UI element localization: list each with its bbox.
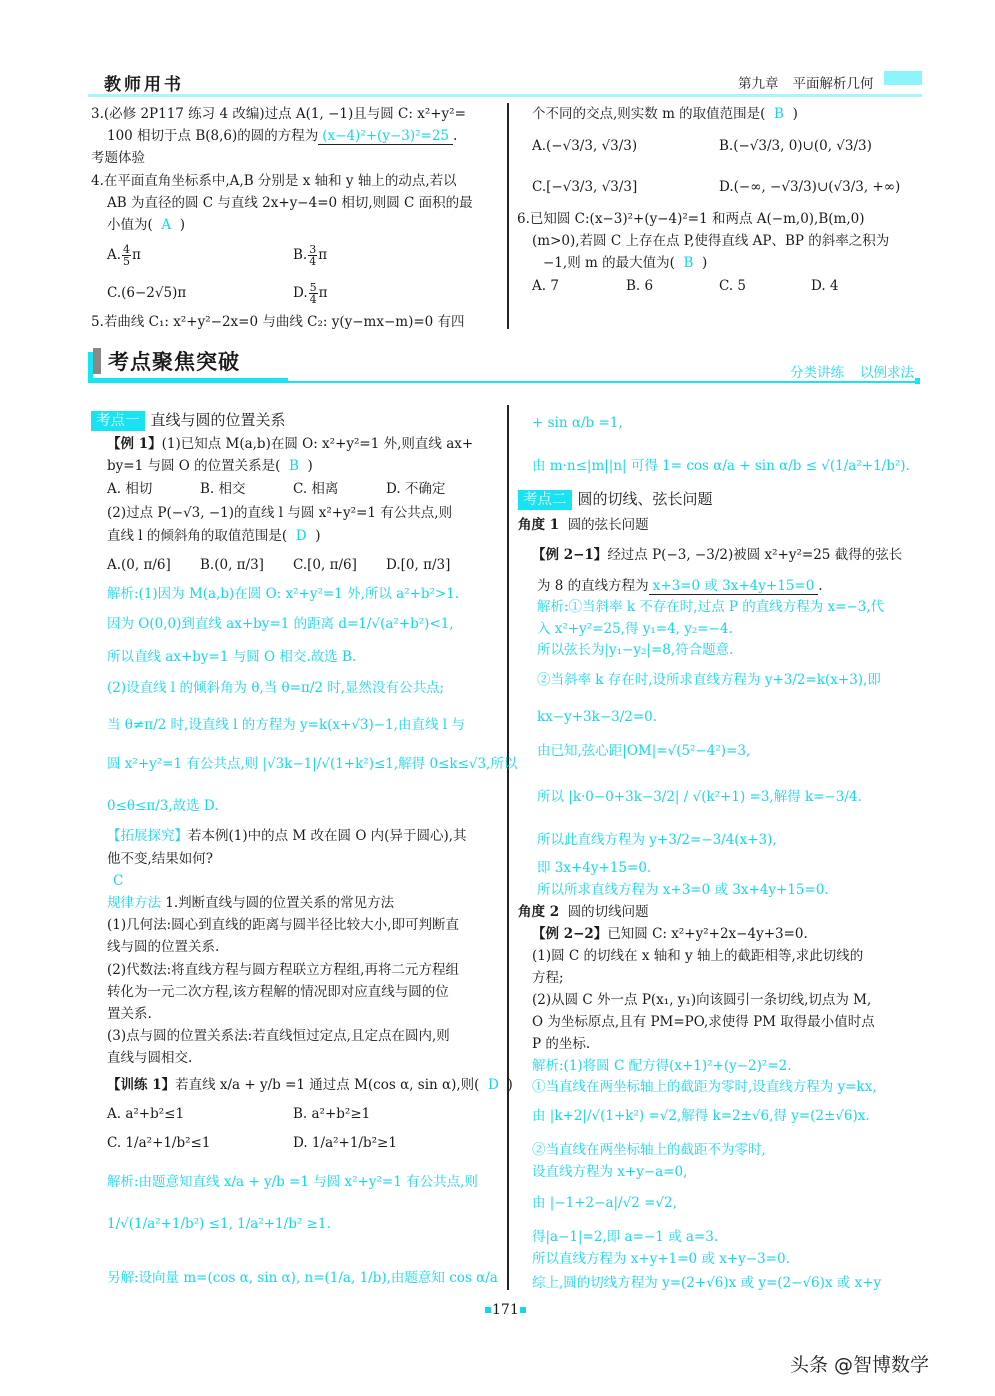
banner-underline-thin	[288, 381, 918, 383]
q4-option-d: D.54π	[293, 282, 328, 305]
train-line1: 【训练 1】若直线 x/a + y/b =1 通过点 M(cos α, sin …	[107, 1075, 513, 1095]
train-opt-c: C. 1/a²+1/b²≤1	[107, 1133, 210, 1153]
banner-underline-thick	[88, 378, 288, 383]
sol22-line9: 综上,圆的切线方程为 y=(2+√6)x 或 y=(2−√6)x 或 x+y	[532, 1273, 881, 1293]
train-sol-line3: 另解:设向量 m=(cos α, sin α), n=(1/a, 1/b),由题…	[107, 1268, 498, 1288]
ex1-opt-c: C. 相离	[293, 479, 338, 499]
q5-line2: 个不同的交点,则实数 m 的取值范围是( B )	[532, 104, 798, 124]
sol21-line7: 所以 |k·0−0+3k−3/2| / √(k²+1) =3,解得 k=−3/4…	[537, 787, 862, 807]
q6-option-a: A. 7	[532, 276, 559, 296]
header-divider	[88, 94, 922, 97]
page-marker-right	[520, 1307, 526, 1313]
sol1-line2: 因为 O(0,0)到直线 ax+by=1 的距离 d=1/√(a²+b²)<1,	[107, 614, 454, 634]
q4-line1: 4.在平面直角坐标系中,A,B 分别是 x 轴和 y 轴上的动点,若以	[91, 171, 457, 191]
topic1-title: 直线与圆的位置关系	[151, 411, 286, 429]
section-banner-title: 考点聚焦突破	[108, 346, 240, 376]
method-line1: (1)几何法:圆心到直线的距离与圆半径比较大小,即可判断直	[107, 915, 459, 935]
header-accent-block	[884, 71, 922, 85]
method-line4: 转化为一元二次方程,该方程解的情况即对应直线与圆的位	[107, 982, 449, 1002]
ext-answer: C	[113, 871, 123, 891]
sol21-line8: 所以此直线方程为 y+3/2=−3/4(x+3),	[537, 830, 777, 850]
ex1-line1: 【例 1】(1)已知点 M(a,b)在圆 O: x²+y²=1 外,则直线 ax…	[107, 434, 473, 454]
ex21-answer: x+3=0 或 3x+4y+15=0	[649, 578, 819, 595]
sol21-line3: 所以弦长为|y₁−y₂|=8,符合题意.	[537, 640, 733, 660]
topic1-heading: 考点一直线与圆的位置关系	[91, 410, 286, 431]
angle1-heading: 角度 1 圆的弦长问题	[518, 515, 649, 535]
ext-line2: 他不变,结果如何?	[107, 849, 213, 869]
watermark: 头条 @智博数学	[790, 1350, 929, 1377]
ex1-line2: by=1 与圆 O 的位置关系是( B )	[107, 456, 313, 476]
ex22-line2: (1)圆 C 的切线在 x 轴和 y 轴上的截距相等,求此切线的	[532, 946, 863, 966]
method-line2: 线与圆的位置关系.	[107, 937, 219, 957]
sol21-line9: 即 3x+4y+15=0.	[537, 858, 651, 878]
book-label: 教师用书	[104, 70, 184, 95]
q6-line2: (m>0),若圆 C 上存在点 P,使得直线 AP、BP 的斜率之积为	[532, 231, 889, 251]
ex1-answer1: B	[289, 458, 299, 474]
ex22-line6: P 的坐标.	[532, 1034, 590, 1054]
ex1-line4: (2)过点 P(−√3, −1)的直线 l 与圆 x²+y²=1 有公共点,则	[107, 503, 452, 523]
sol22-line8: 所以直线方程为 x+y+1=0 或 x+y−3=0.	[532, 1249, 790, 1269]
q6-option-c: C. 5	[719, 276, 746, 296]
q6-answer: B	[683, 255, 693, 271]
ex1-answer2: D	[296, 528, 307, 544]
chapter-header: 第九章平面解析几何	[738, 72, 874, 92]
angle2-heading: 角度 2 圆的切线问题	[518, 902, 649, 922]
ex1-opt-b: B. 相交	[200, 479, 246, 499]
q6-line1: 6.已知圆 C:(x−3)²+(y−4)²=1 和两点 A(−m,0),B(m,…	[517, 209, 864, 229]
train-opt-a: A. a²+b²≤1	[107, 1104, 184, 1124]
topic2-title: 圆的切线、弦长问题	[578, 490, 713, 508]
q5-option-b: B.(−√3/3, 0)∪(0, √3/3)	[719, 136, 872, 156]
topic2-heading: 考点二圆的切线、弦长问题	[518, 489, 713, 510]
topic2-tag: 考点二	[518, 490, 572, 510]
q5-option-c: C.[−√3/3, √3/3]	[532, 177, 637, 197]
ext-label: 【拓展探究】	[107, 828, 188, 844]
column-divider-top	[507, 103, 509, 329]
method-heading: 规律方法 1.判断直线与圆的位置关系的常见方法	[107, 893, 394, 913]
method-line5: 置关系.	[107, 1004, 152, 1024]
ex1-opt2-c: C.[0, π/6]	[293, 555, 357, 575]
ex1-opt2-b: B.(0, π/3]	[200, 555, 264, 575]
banner-marker	[93, 348, 101, 374]
q5-option-d: D.(−∞, −√3/3)∪(√3/3, +∞)	[719, 177, 900, 197]
train-opt-b: B. a²+b²≥1	[293, 1104, 370, 1124]
sol21-line2: 入 x²+y²=25,得 y₁=4, y₂=−4.	[537, 619, 733, 639]
method-line3: (2)代数法:将直线方程与圆方程联立方程组,再将二元方程组	[107, 960, 459, 980]
train-sol-line1: 解析:由题意知直线 x/a + y/b =1 与圆 x²+y²=1 有公共点,则	[107, 1172, 478, 1192]
train-opt-d: D. 1/a²+1/b²≥1	[293, 1133, 397, 1153]
ex1-line5: 直线 l 的倾斜角的取值范围是( D )	[107, 526, 320, 546]
train-sol-line2: 1/√(1/a²+1/b²) ≤1, 1/a²+1/b² ≥1.	[107, 1214, 331, 1234]
page-marker-left	[485, 1307, 491, 1313]
ex1-opt2-a: A.(0, π/6]	[107, 555, 171, 575]
q4-line2: AB 为直径的圆 C 与直线 2x+y−4=0 相切,则圆 C 面积的最	[107, 193, 473, 213]
q4-option-a: A.45π	[107, 244, 141, 267]
sol1-line4: (2)设直线 l 的倾斜角为 θ,当 θ=π/2 时,显然没有公共点;	[107, 678, 444, 698]
q6-option-b: B. 6	[626, 276, 653, 296]
q4-line3: 小值为( A )	[107, 215, 185, 235]
section-label-kaoti: 考题体验	[91, 148, 145, 168]
sol22-line7: 得|a−1|=2,即 a=−1 或 a=3.	[532, 1227, 718, 1247]
sol22-line3: 由 |k+2|/√(1+k²) =√2,解得 k=2±√6,得 y=(2±√6)…	[532, 1106, 870, 1126]
sol1-line3: 所以直线 ax+by=1 与圆 O 相交.故选 B.	[107, 647, 356, 667]
sol22-line1: 解析:(1)将圆 C 配方得(x+1)²+(y−2)²=2.	[532, 1056, 792, 1076]
chapter-number: 第九章	[738, 76, 779, 92]
q4-option-b: B.34π	[293, 244, 327, 267]
banner-end-marker	[915, 378, 920, 384]
q4-answer: A	[161, 217, 171, 233]
q5-answer: B	[774, 106, 784, 122]
sol21-line4: ②当斜率 k 存在时,设所求直线方程为 y+3/2=k(x+3),即	[537, 670, 881, 690]
column-divider-main	[507, 405, 509, 1290]
ext-line1: 【拓展探究】若本例(1)中的点 M 改在圆 O 内(异于圆心),其	[107, 826, 467, 846]
sol22-line2: ①当直线在两坐标轴上的截距为零时,设直线方程为 y=kx,	[532, 1077, 877, 1097]
sol1-line7: 0≤θ≤π/3,故选 D.	[107, 796, 219, 816]
sol22-line5: 设直线方程为 x+y−a=0,	[532, 1162, 687, 1182]
q4-option-c: C.(6−2√5)π	[107, 283, 186, 303]
topic1-tag: 考点一	[91, 411, 145, 431]
q3-line1: 3.(必修 2P117 练习 4 改编)过点 A(1, −1)且与圆 C: x²…	[91, 104, 466, 124]
sol1-line1: 解析:(1)因为 M(a,b)在圆 O: x²+y²=1 外,所以 a²+b²>…	[107, 584, 459, 604]
ex22-line4: (2)从圆 C 外一点 P(x₁, y₁)向该圆引一条切线,切点为 M,	[532, 990, 871, 1010]
page-number: 171	[484, 1302, 527, 1318]
sol22-line4: ②当直线在两坐标轴上的截距不为零时,	[532, 1140, 766, 1160]
sol21-line5: kx−y+3k−3/2=0.	[537, 707, 657, 727]
cont-line1: + sin α/b =1,	[532, 413, 623, 433]
method-label: 规律方法	[107, 895, 161, 911]
ex22-line3: 方程;	[532, 968, 564, 988]
sol22-line6: 由 |−1+2−a|/√2 =√2,	[532, 1193, 677, 1213]
q6-option-d: D. 4	[811, 276, 839, 296]
train-answer: D	[488, 1077, 499, 1093]
ex1-opt-a: A. 相切	[107, 479, 152, 499]
chapter-title: 平面解析几何	[793, 76, 874, 92]
ex22-line1: 【例 2−2】已知圆 C: x²+y²+2x−4y+3=0.	[532, 924, 808, 944]
banner-subtitle: 分类讲练以例求法	[774, 361, 914, 381]
sol21-line10: 所以所求直线方程为 x+3=0 或 3x+4y+15=0.	[537, 880, 829, 900]
sol21-line6: 由已知,弦心距|OM|=√(5²−4²)=3,	[537, 741, 750, 761]
q3-answer: (x−4)²+(y−3)²=25	[318, 128, 453, 145]
q3-line2: 100 相切于点 B(8,6)的圆的方程为(x−4)²+(y−3)²=25.	[107, 126, 457, 146]
sol1-line6: 圆 x²+y²=1 有公共点,则 |√3k−1|/√(1+k²)≤1,解得 0≤…	[107, 754, 517, 774]
ex21-line1: 【例 2−1】经过点 P(−3, −3/2)被圆 x²+y²=25 截得的弦长	[532, 545, 902, 565]
cont-line2: 由 m·n≤|m||n| 可得 1= cos α/a + sin α/b ≤ √…	[532, 456, 910, 476]
method-line7: 直线与圆相交.	[107, 1048, 192, 1068]
q5-line1: 5.若曲线 C₁: x²+y²−2x=0 与曲线 C₂: y(y−mx−m)=0…	[91, 312, 465, 332]
q6-line3: −1,则 m 的最大值为( B )	[543, 253, 707, 273]
ex1-opt-d: D. 不确定	[386, 479, 445, 499]
q5-option-a: A.(−√3/3, √3/3)	[532, 136, 637, 156]
sol1-line5: 当 θ≠π/2 时,设直线 l 的方程为 y=k(x+√3)−1,由直线 l 与	[107, 715, 465, 735]
sol21-line1: 解析:①当斜率 k 不存在时,过点 P 的直线方程为 x=−3,代	[537, 597, 884, 617]
ex21-line2: 为 8 的直线方程为x+3=0 或 3x+4y+15=0.	[537, 576, 823, 596]
ex22-line5: O 为坐标原点,且有 PM=PO,求使得 PM 取得最小值时点	[532, 1012, 875, 1032]
ex1-opt2-d: D.[0, π/3]	[386, 555, 450, 575]
method-line6: (3)点与圆的位置关系法:若直线恒过定点,且定点在圆内,则	[107, 1026, 450, 1046]
